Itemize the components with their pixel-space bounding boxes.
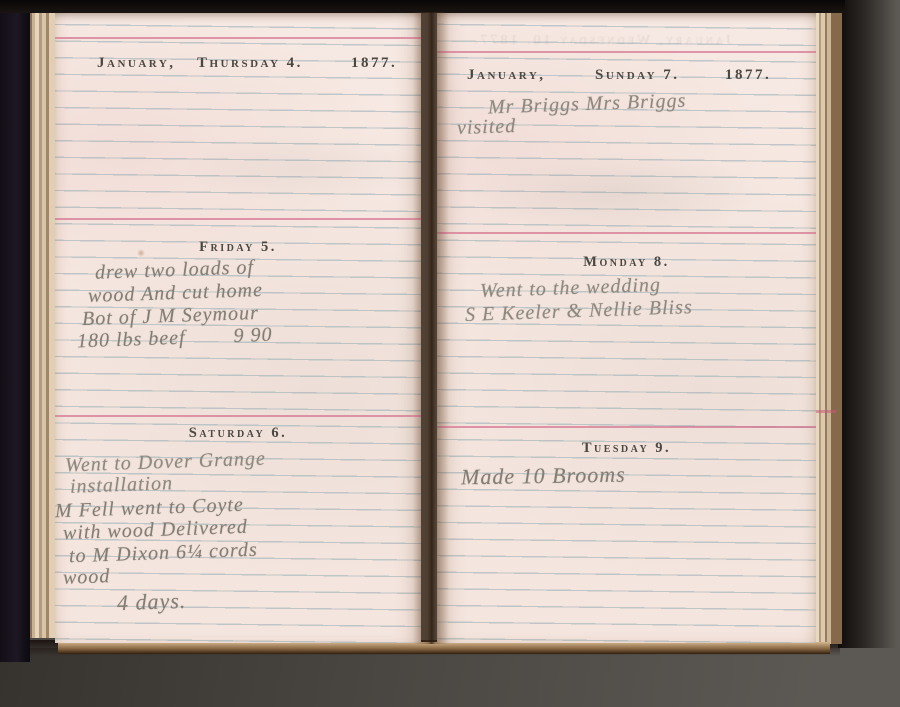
entry-line: Made 10 Brooms bbox=[461, 462, 626, 491]
section-title-tuesday-9: Tuesday 9. bbox=[437, 440, 816, 457]
month-label: January, bbox=[97, 55, 176, 72]
scan-background: January, Thursday 4. 1877. Friday 5. dre… bbox=[0, 0, 900, 707]
year-label: 1877. bbox=[725, 67, 771, 84]
fore-edge-pink-mark bbox=[816, 410, 836, 413]
scan-backdrop-bottom bbox=[0, 648, 900, 707]
page-edges-left bbox=[30, 10, 55, 638]
bleed-through-smudge bbox=[467, 153, 767, 233]
weekday-label: Sunday 7. bbox=[595, 67, 680, 84]
section-title-saturday-6: Saturday 6. bbox=[55, 425, 421, 442]
book-cover-left bbox=[0, 0, 30, 662]
section-title-monday-8: Monday 8. bbox=[437, 254, 816, 271]
margin-line bbox=[437, 426, 816, 428]
entry-line: installation bbox=[70, 472, 174, 499]
year-label: 1877. bbox=[351, 55, 397, 72]
margin-line bbox=[437, 232, 816, 234]
margin-line bbox=[55, 37, 421, 39]
bleed-through-header: January, Wednesday 10. 1877. bbox=[471, 33, 732, 49]
diary-page-right: January, Wednesday 10. 1877. January, Su… bbox=[437, 13, 816, 643]
margin-line bbox=[437, 51, 816, 53]
entry-line: wood bbox=[63, 565, 111, 590]
page-edges-right bbox=[816, 8, 842, 644]
section-title-friday-5: Friday 5. bbox=[55, 239, 421, 256]
scan-backdrop-right bbox=[838, 0, 900, 660]
book-cover-top bbox=[0, 0, 845, 13]
entry-line: visited bbox=[457, 115, 517, 140]
diary-page-left: January, Thursday 4. 1877. Friday 5. dre… bbox=[55, 13, 421, 643]
month-label: January, bbox=[467, 67, 546, 84]
entry-line: Mr Briggs Mrs Briggs bbox=[488, 90, 687, 120]
entry-line: 4 days. bbox=[117, 588, 187, 616]
margin-line bbox=[55, 218, 421, 220]
bleed-through-smudge bbox=[175, 133, 435, 203]
margin-line bbox=[55, 415, 421, 417]
weekday-label: Thursday 4. bbox=[197, 55, 303, 72]
page-edges-bottom bbox=[58, 642, 830, 654]
